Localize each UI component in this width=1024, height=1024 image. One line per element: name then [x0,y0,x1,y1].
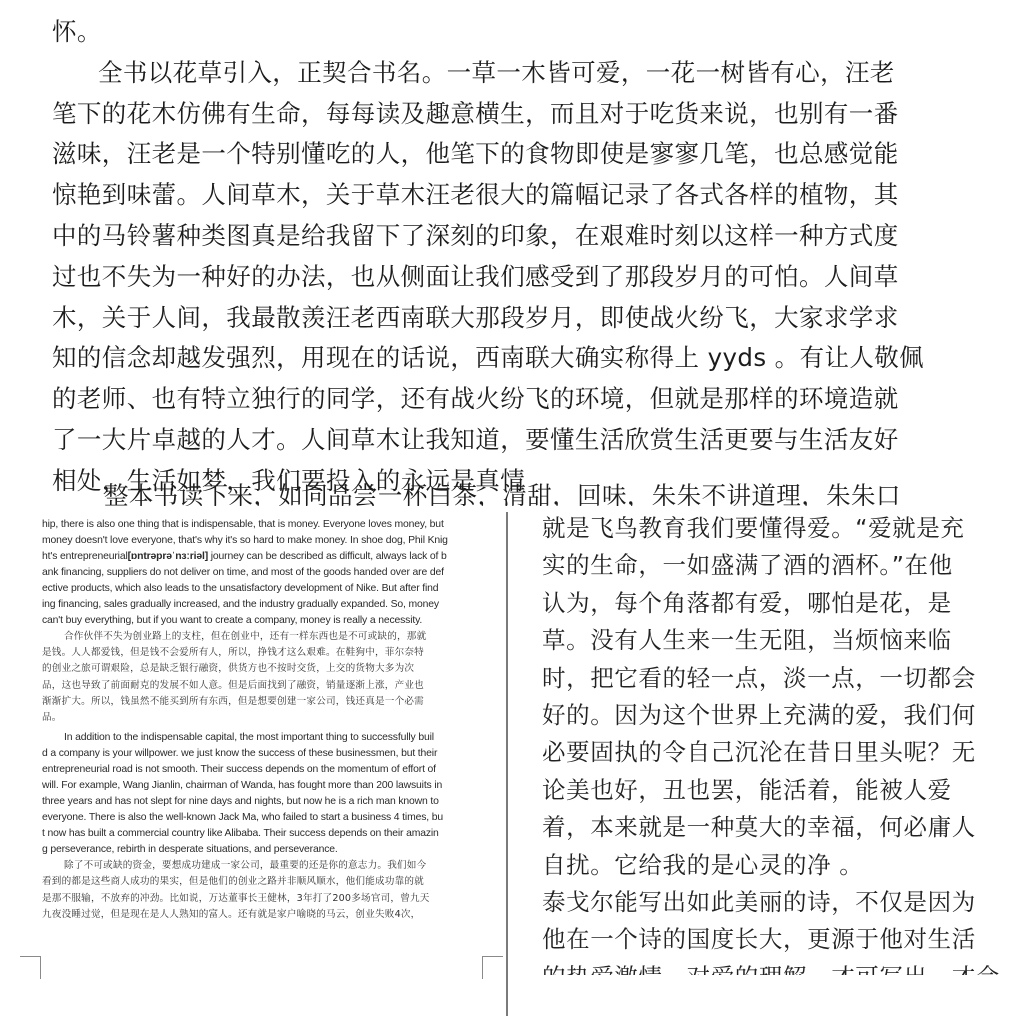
essay-line: 怀。 [52,12,972,53]
english-line: In addition to the indispensable capital… [42,730,502,746]
reflection-line: 就是飞鸟教育我们要懂得爱。“爱就是充 [542,512,1012,547]
english-line: d a company is your willpower. we just k… [42,746,502,762]
english-line: money doesn't love everyone, that's why … [42,533,502,549]
chinese-line: 是钱。人人都爱钱，但是钱不会爱所有人，所以，挣钱才这么艰难。在鞋狗中，菲尔奈特 [42,645,502,661]
reflection-line: 好的。因为这个世界上充满的爱，我们何 [542,697,1012,734]
english-text: journey can be described as difficult, a… [208,551,447,562]
reflection-line: 着，本来就是一种莫大的幸福，何必庸人 [542,809,1012,846]
reflection-panel: 就是飞鸟教育我们要懂得爱。“爱就是充 实的生命，一如盛满了酒的酒杯。”在他 认为… [508,512,1024,1024]
essay-line: 笔下的花木仿佛有生命，每每读及趣意横生，而且对于吃货来说，也别有一番 [52,94,972,135]
reflection-line-truncated: 的热爱激情，对爱的理解，才可写出，才会 [542,959,1012,975]
essay-line: 中的马铃薯种类图真是给我留下了深刻的印象，在艰难时刻以这样一种方式度 [52,216,972,257]
top-essay-panel: 怀。 全书以花草引入，正契合书名。一草一木皆可爱，一花一树皆有心，汪老 笔下的花… [0,0,1024,512]
english-line: g perseverance, rebirth in desperate sit… [42,842,502,858]
english-line: t now has built a commercial country lik… [42,826,502,842]
chinese-line: 看到的都是这些商人成功的果实，但是他们的创业之路并非顺风顺水，他们能成功靠的就 [42,874,502,890]
essay-line-truncated: 整本书读下来，如同品尝一杯白茶，清甜，回味，朱朱不讲道理，朱朱口 [52,476,1024,506]
essay-line: 滋味，汪老是一个特别懂吃的人，他笔下的食物即使是寥寥几笔，也总感觉能 [52,134,972,175]
reflection-line: 必要固执的令自己沉沦在昔日里头呢？无 [542,734,1012,771]
essay-line: 了一大片卓越的人才。人间草木让我知道，要懂生活欣赏生活更要与生活友好 [52,420,972,461]
bilingual-document-page: hip, there is also one thing that is ind… [0,512,508,1024]
reflection-line: 他在一个诗的国度长大，更源于他对生活 [542,921,1012,958]
reflection-line: 认为，每个角落都有爱，哪怕是花，是 [542,585,1012,622]
essay-line: 全书以花草引入，正契合书名。一草一木皆可爱，一花一树皆有心，汪老 [52,53,972,94]
page-text-block: hip, there is also one thing that is ind… [42,517,502,923]
chinese-line: 品。 [42,710,502,726]
english-line: ht's entrepreneurial[ɒntrəprəˈnɜːriəl] j… [42,549,502,565]
chinese-line: 渐渐扩大。所以，钱虽然不能买到所有东西，但是想要创建一家公司，钱还真是一个必需 [42,694,502,710]
english-line: hip, there is also one thing that is ind… [42,517,502,533]
english-line: can't buy everything, but if you want to… [42,613,502,629]
crop-mark-right-icon [482,956,503,979]
essay-text-block: 怀。 全书以花草引入，正契合书名。一草一木皆可爱，一花一树皆有心，汪老 笔下的花… [52,12,972,502]
crop-mark-left-icon [20,956,41,979]
chinese-line: 的创业之旅可谓艰险，总是缺乏银行融资，供货方也不按时交货，上交的货物大多为次 [42,661,502,677]
chinese-line: 合作伙伴不失为创业路上的支柱，但在创业中，还有一样东西也是不可或缺的，那就 [42,629,502,645]
phonetic-annotation: [ɒntrəprəˈnɜːriəl] [128,551,208,562]
chinese-line: 除了不可或缺的资金，要想成功建成一家公司，最重要的还是你的意志力。我们如今 [42,858,502,874]
english-text: ht's entrepreneurial [42,551,128,562]
english-line: ective products, which also leads to the… [42,581,502,597]
essay-line: 过也不失为一种好的办法，也从侧面让我们感受到了那段岁月的可怕。人间草 [52,257,972,298]
chinese-line: 是那不服输，不放弃的冲劲。比如说，万达董事长王健林，3年打了200多场官司，曾九… [42,891,502,907]
reflection-line: 时，把它看的轻一点，淡一点，一切都会 [542,660,1012,697]
english-line: ing financing, sales gradually increased… [42,597,502,613]
english-line: will. For example, Wang Jianlin, chairma… [42,778,502,794]
reflection-line: 自扰。它给我的是心灵的净 。 [542,847,1012,884]
english-line: three years and has not slept for nine d… [42,794,502,810]
essay-line: 的老师、也有特立独行的同学，还有战火纷飞的环境，但就是那样的环境造就 [52,379,972,420]
reflection-line: 泰戈尔能写出如此美丽的诗，不仅是因为 [542,884,1012,921]
essay-line: 木，关于人间，我最散羡汪老西南联大那段岁月，即使战火纷飞，大家求学求 [52,298,972,339]
chinese-line: 品，这也导致了前面耐克的发展不如人意。但是后面找到了融资，销量逐渐上涨，产业也 [42,678,502,694]
essay-line: 惊艳到味蕾。人间草木，关于草木汪老很大的篇幅记录了各式各样的植物，其 [52,175,972,216]
english-line: entrepreneurial road is not smooth. Thei… [42,762,502,778]
reflection-line: 草。没有人生来一生无阻，当烦恼来临 [542,622,1012,659]
chinese-line: 九夜没睡过觉，但是现在是人人熟知的富人。还有就是家户喻晓的马云，创业失败4次， [42,907,502,923]
english-line: ank financing, suppliers do not deliver … [42,565,502,581]
reflection-line: 论美也好，丑也罢，能活着，能被人爱 [542,772,1012,809]
reflection-text-block: 就是飞鸟教育我们要懂得爱。“爱就是充 实的生命，一如盛满了酒的酒杯。”在他 认为… [542,512,1012,975]
reflection-line: 实的生命，一如盛满了酒的酒杯。”在他 [542,547,1012,584]
english-line: everyone. There is also the well-known J… [42,810,502,826]
essay-line: 知的信念却越发强烈，用现在的话说，西南联大确实称得上 yyds 。有让人敬佩 [52,338,972,379]
